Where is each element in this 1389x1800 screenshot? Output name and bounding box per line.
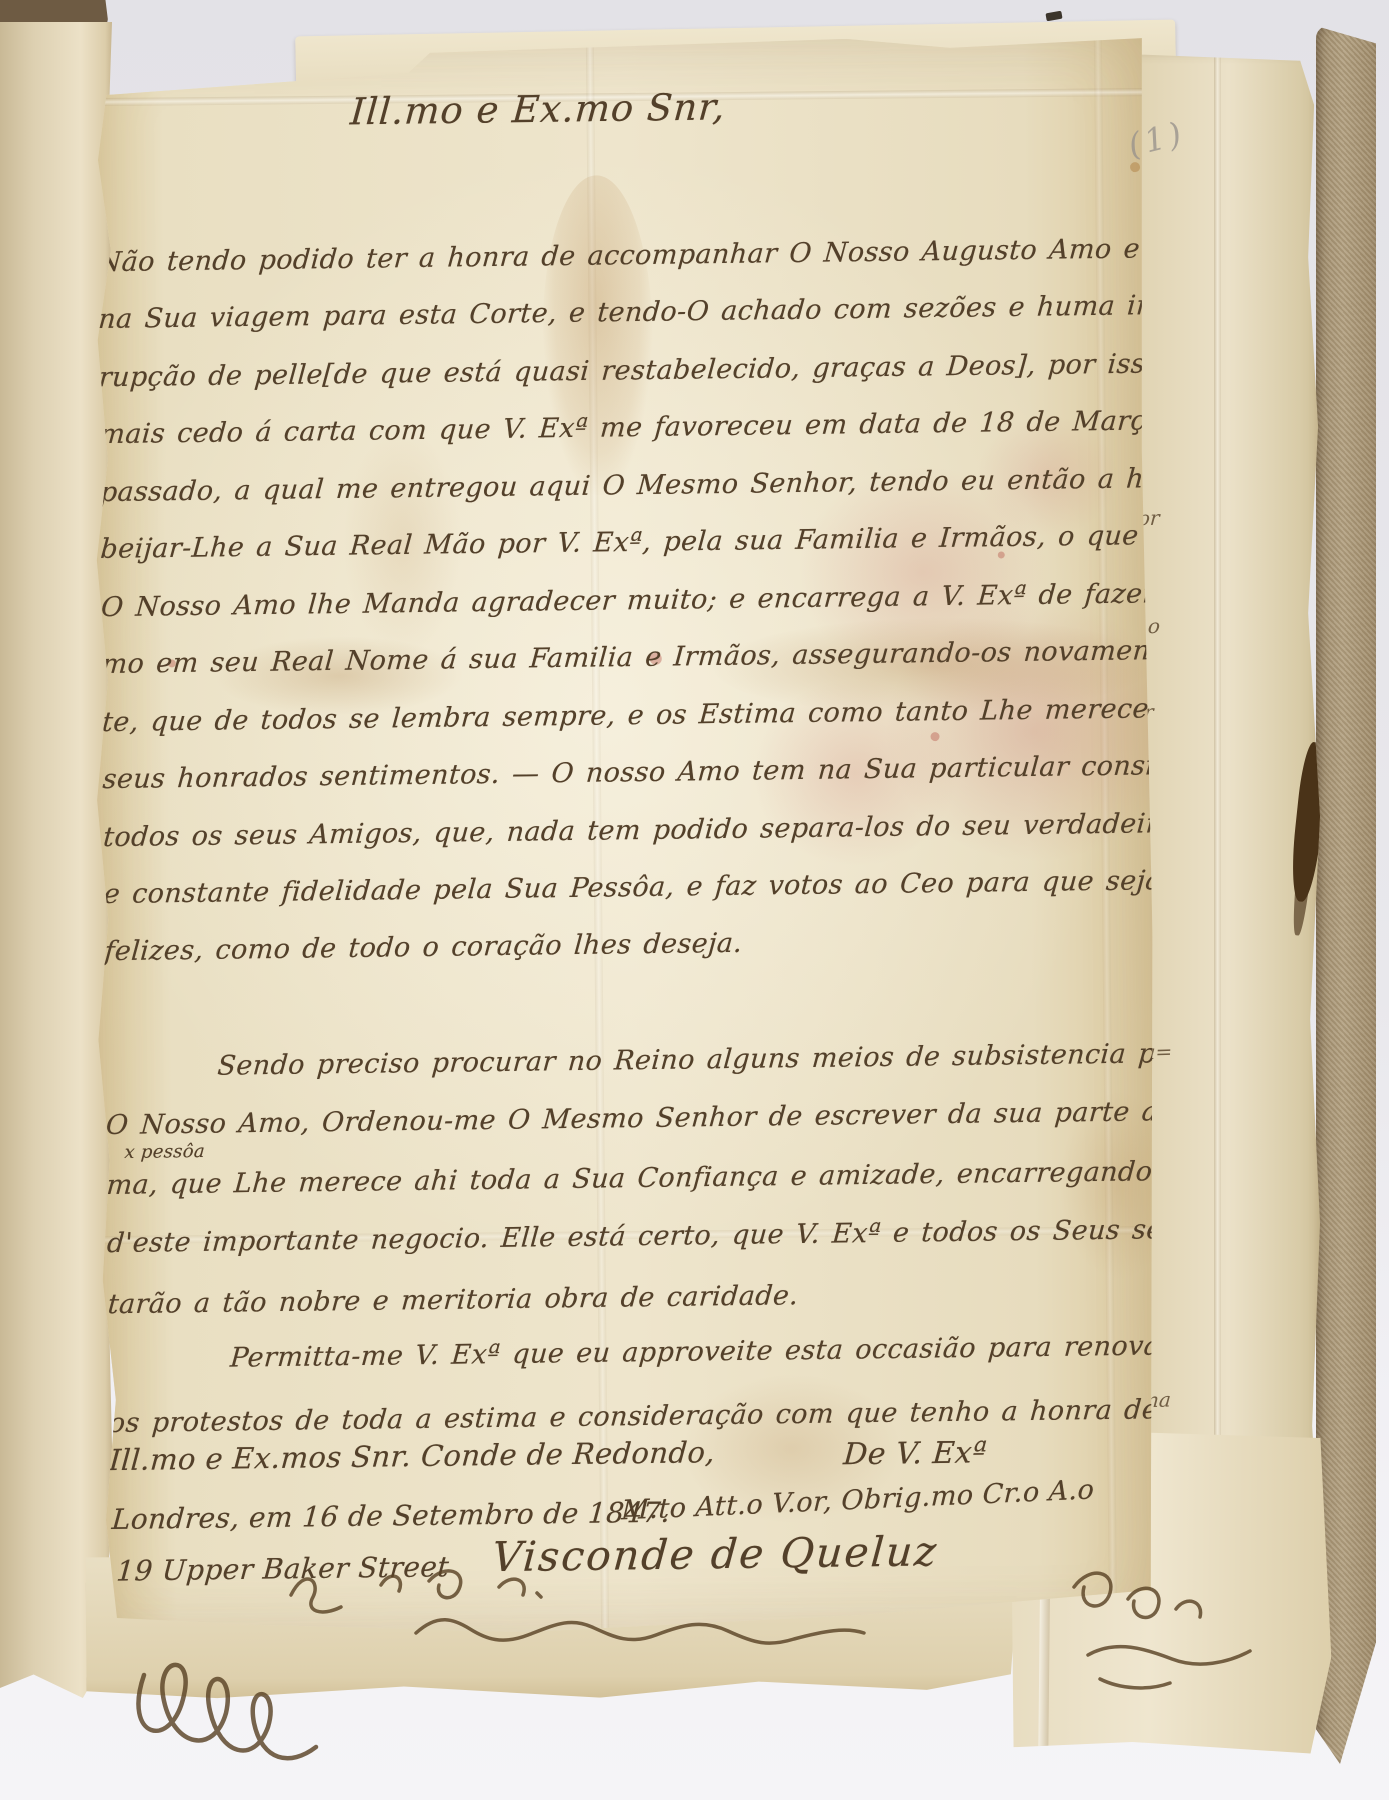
closing-addressee: Ill.mo e Ex.mos Snr. Conde de Redondo, [108, 1435, 716, 1477]
letter-line: Sendo preciso procurar no Reino alguns m… [216, 1038, 1203, 1082]
letter-line: ma, que Lhe merece ahi toda a Sua Confia… [105, 1156, 1179, 1201]
letter-line: Permitta-me V. Exª que eu approveite est… [229, 1329, 1251, 1373]
closing-address: 19 Upper Baker Street [115, 1550, 450, 1587]
interlinear-insertion: x pessôa [124, 1141, 206, 1163]
signature: Visconde de Queluz [491, 1527, 940, 1581]
letter-sheet: Ill.mo e Ex.mo Snr, Não tendo podido ter… [88, 30, 1165, 1640]
letter-line: O Nosso Amo, Ordenou-me O Mesmo Senhor d… [105, 1095, 1230, 1141]
photograph-of-manuscript-letter: or o r , ra= ma Ill.mo e Ex.mo Snr, [0, 0, 1389, 1800]
letter-line: felizes, como de todo o coração lhes des… [103, 928, 743, 967]
letter-line: tarão a tão nobre e meritoria obra de ca… [107, 1280, 800, 1320]
letter-line: os protestos de toda a estima e consider… [108, 1393, 1222, 1439]
closing-place-date: Londres, em 16 de Setembro de 1847. [111, 1496, 672, 1536]
letter-line: Não tendo podido ter a honra de accompan… [97, 232, 1254, 278]
water-stain [541, 175, 654, 496]
letter-line: e constante fidelidade pela Sua Pessôa, … [103, 864, 1236, 910]
salutation: Ill.mo e Ex.mo Snr, [349, 85, 727, 133]
book-cover-cloth [1316, 26, 1376, 1764]
ink-spot [930, 732, 939, 741]
text-fragment: o [1147, 614, 1161, 638]
closing-valediction: De V. Exª [842, 1435, 988, 1472]
blank-verso-page [0, 22, 112, 1698]
binding-mark [1045, 11, 1062, 22]
